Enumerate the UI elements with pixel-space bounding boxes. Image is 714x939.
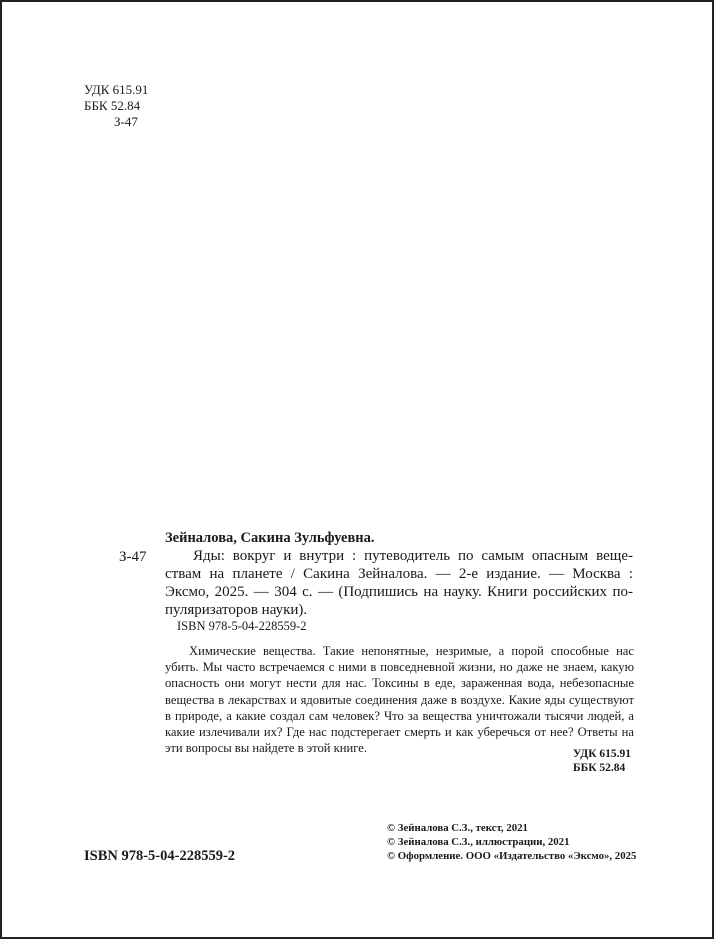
- annotation-line: опасность они могут нести для нас. Токси…: [165, 675, 634, 691]
- copyright-line: © Оформление. ООО «Издательство «Эксмо»,…: [387, 849, 636, 863]
- bbk-code-right: ББК 52.84: [573, 761, 631, 775]
- annotation-line: убить. Мы часто встречаемся с ними в пов…: [165, 659, 634, 675]
- isbn-record: ISBN 978-5-04-228559-2: [177, 619, 307, 634]
- annotation-line: вещества в лекарствах и ядовитые соедине…: [165, 692, 634, 708]
- annotation-line: Химические вещества. Такие непонятные, н…: [165, 643, 634, 659]
- author-mark-left: З-47: [119, 548, 147, 566]
- biblio-line: пуляризаторов науки).: [165, 601, 633, 619]
- copyright-notices: © Зейналова С.З., текст, 2021 © Зейналов…: [387, 821, 636, 863]
- annotation-line: эти вопросы вы найдете в этой книге.: [165, 740, 634, 756]
- biblio-line: ствам на планете / Сакина Зейналова. — 2…: [165, 565, 633, 583]
- udk-code: УДК 615.91: [84, 82, 148, 98]
- bibliographic-description: Яды: вокруг и внутри : путеводитель по с…: [165, 547, 633, 619]
- copyright-line: © Зейналова С.З., иллюстрации, 2021: [387, 835, 636, 849]
- annotation-line: в природе, а какие создал сам человек? Ч…: [165, 708, 634, 724]
- book-imprint-page: УДК 615.91 ББК 52.84 З-47 Зейналова, Сак…: [0, 0, 714, 939]
- isbn-footer: ISBN 978-5-04-228559-2: [84, 847, 235, 865]
- udk-code-right: УДК 615.91: [573, 747, 631, 761]
- author-name: Зейналова, Сакина Зульфуевна.: [165, 529, 375, 547]
- classification-codes-top: УДК 615.91 ББК 52.84 З-47: [84, 82, 148, 130]
- bbk-code: ББК 52.84: [84, 98, 148, 114]
- biblio-line: Яды: вокруг и внутри : путеводитель по с…: [165, 547, 633, 565]
- biblio-line: Эксмо, 2025. — 304 с. — (Подпишись на на…: [165, 583, 633, 601]
- copyright-line: © Зейналова С.З., текст, 2021: [387, 821, 636, 835]
- annotation-text: Химические вещества. Такие непонятные, н…: [165, 643, 634, 756]
- annotation-line: какие излечивали их? Где нас подстерегае…: [165, 724, 634, 740]
- classification-codes-right: УДК 615.91 ББК 52.84: [573, 747, 631, 775]
- author-mark: З-47: [84, 114, 148, 130]
